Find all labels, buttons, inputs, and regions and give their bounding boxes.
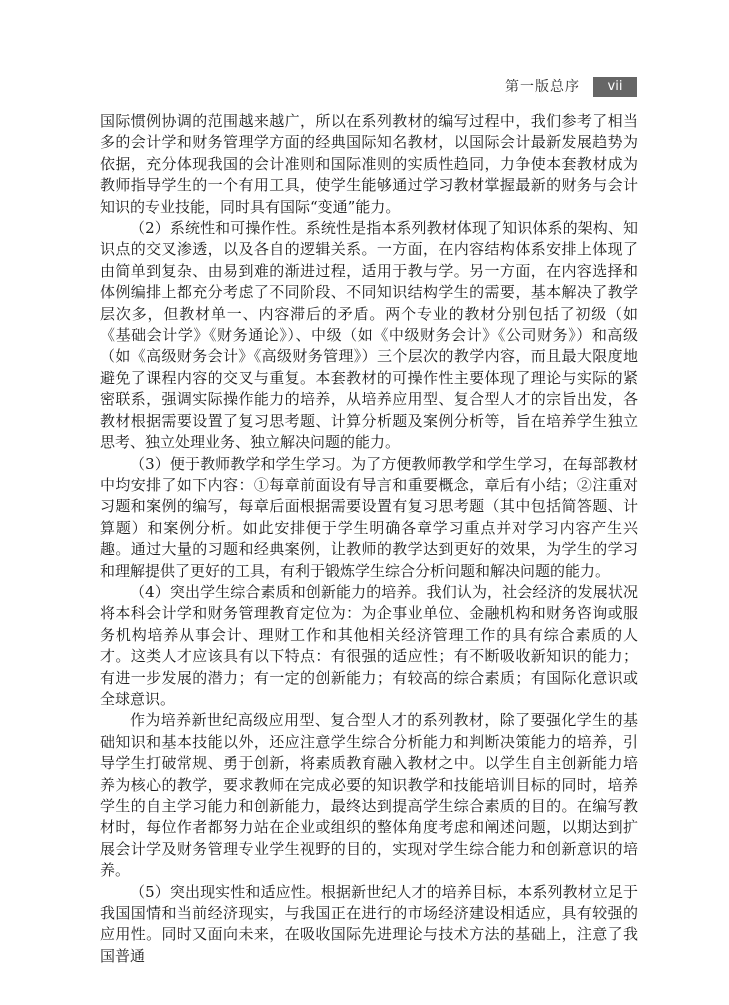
- paragraph-point-4: （4）突出学生综合素质和创新能力的培养。我们认为，社会经济的发展状况将本科会计学…: [100, 582, 638, 710]
- book-page: 第一版总序 vii 国际惯例协调的范围越来越广，所以在系列教材的编写过程中，我们…: [0, 0, 729, 1005]
- paragraph-point-3: （3）便于教师教学和学生学习。为了方便教师教学和学生学习，在每部教材中均安排了如…: [100, 454, 638, 582]
- paragraph-point-5: （5）突出现实性和适应性。根据新世纪人才的培养目标，本系列教材立足于我国国情和当…: [100, 882, 638, 968]
- body-text-block: 国际惯例协调的范围越来越广，所以在系列教材的编写过程中，我们参考了相当多的会计学…: [100, 111, 638, 967]
- running-header: 第一版总序 vii: [505, 77, 637, 97]
- paragraph-training-goals: 作为培养新世纪高级应用型、复合型人才的系列教材，除了要强化学生的基础知识和基本技…: [100, 710, 638, 881]
- paragraph-point-2: （2）系统性和可操作性。系统性是指本系列教材体现了知识体系的架构、知识点的交叉渗…: [100, 218, 638, 453]
- section-title: 第一版总序: [505, 77, 580, 97]
- page-number-badge: vii: [593, 77, 637, 97]
- paragraph-continuation: 国际惯例协调的范围越来越广，所以在系列教材的编写过程中，我们参考了相当多的会计学…: [100, 111, 638, 218]
